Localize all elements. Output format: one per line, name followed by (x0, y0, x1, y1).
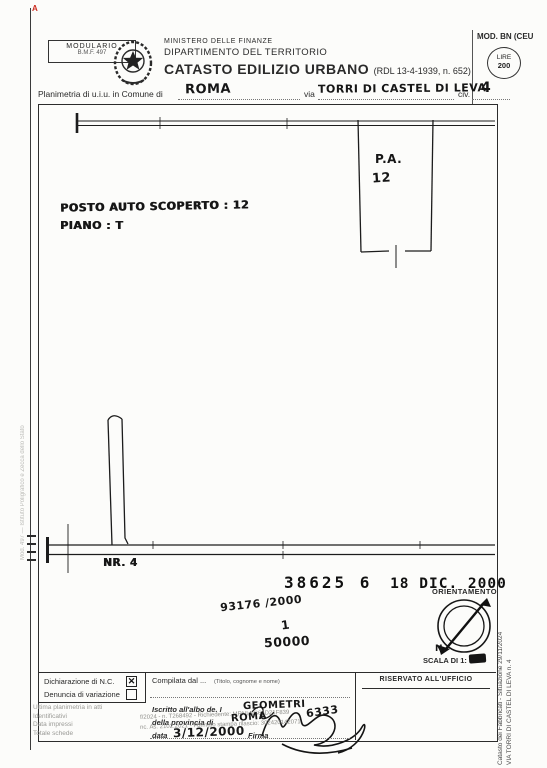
right-margin-text-line1: Catasto dei Fabbricati - Situazione 29/1… (497, 400, 504, 765)
faint-line: Ultima planimetria in atti (33, 704, 143, 713)
riservato-label: RISERVATO ALL'UFFICIO (356, 676, 496, 683)
ministry-heading: MINISTERO DELLE FINANZE DIPARTIMENTO DEL… (164, 38, 471, 79)
mod-label: MOD. BN (CEU (477, 32, 533, 41)
via-dotted-line (318, 99, 454, 100)
riservato-underline (362, 688, 490, 689)
compilata-dotted-line (150, 697, 350, 698)
north-label: N. (435, 644, 447, 654)
sheet-left-border (30, 8, 31, 750)
parking-area-number: 12 (372, 170, 392, 186)
protocol-stamp-number: 38625 6 (284, 573, 372, 592)
lire-oval: LIRE 200 (487, 47, 521, 79)
civ-value: 4 (481, 80, 491, 96)
comune-value: ROMA (185, 82, 231, 98)
office-title: CATASTO EDILIZIO URBANO (164, 61, 369, 77)
office-ref: (RDL 13-4-1939, n. 652) (374, 66, 471, 76)
handwritten-denominator: 50000 (264, 633, 311, 650)
via-label: via (304, 89, 315, 99)
department-line: DIPARTIMENTO DEL TERRITORIO (164, 47, 471, 58)
compilata-hint: (Titolo, cognome e nome) (214, 679, 280, 685)
faint-line: Data impressi (33, 721, 143, 730)
office-line: CATASTO EDILIZIO URBANO (RDL 13-4-1939, … (164, 61, 471, 79)
orientation-label: ORIENTAMENTO (432, 587, 497, 596)
compilata-label: Compilata dal ... (152, 676, 206, 685)
handwritten-numerator: 1 (280, 617, 291, 632)
nc-check-mark: ✕ (128, 676, 136, 686)
civ-dotted-line (472, 99, 510, 100)
right-margin-text-line2: VIA TORRI DI CASTEL DI LEVA n. 4 (506, 400, 513, 765)
nc-declaration-checkbox[interactable]: ✕ (126, 676, 137, 687)
state-emblem-icon (106, 36, 160, 90)
nc-declaration-label: Dichiarazione di N.C. (44, 677, 114, 686)
faint-office-notes: Ultima planimetria in atti Identificativ… (33, 704, 143, 738)
road-number-label: NR. 4 (103, 557, 138, 569)
variation-declaration-checkbox[interactable] (126, 689, 137, 700)
lire-label: LIRE (488, 54, 520, 61)
firma-dotted-line (150, 738, 350, 739)
faint-line: Identificativi (33, 713, 143, 722)
faint-line: Totale schede (33, 730, 143, 739)
scale-value-blot (469, 653, 487, 663)
left-margin-registration-marks (27, 536, 36, 560)
red-corner-mark: A (32, 4, 38, 13)
lire-value: 200 (488, 61, 520, 70)
ministry-line: MINISTERO DELLE FINANZE (164, 38, 471, 45)
comune-dotted-line (178, 99, 300, 100)
left-margin-print-text: Mod. 497 — Istituto Poligrafico e Zecca … (20, 320, 26, 560)
cadastral-plan-sheet: A MODULARIO B.M.F. 497 MINISTERO DELLE F… (0, 0, 547, 768)
civ-label: civ. (458, 89, 470, 99)
parking-area-label: P.A. (375, 152, 402, 166)
variation-declaration-label: Denuncia di variazione (44, 690, 120, 699)
subject-prefix: Planimetria di u.i.u. in Comune di (38, 89, 163, 99)
scale-label: SCALA DI 1: (423, 656, 467, 665)
plan-note-line2: PIANO : T (60, 219, 123, 232)
